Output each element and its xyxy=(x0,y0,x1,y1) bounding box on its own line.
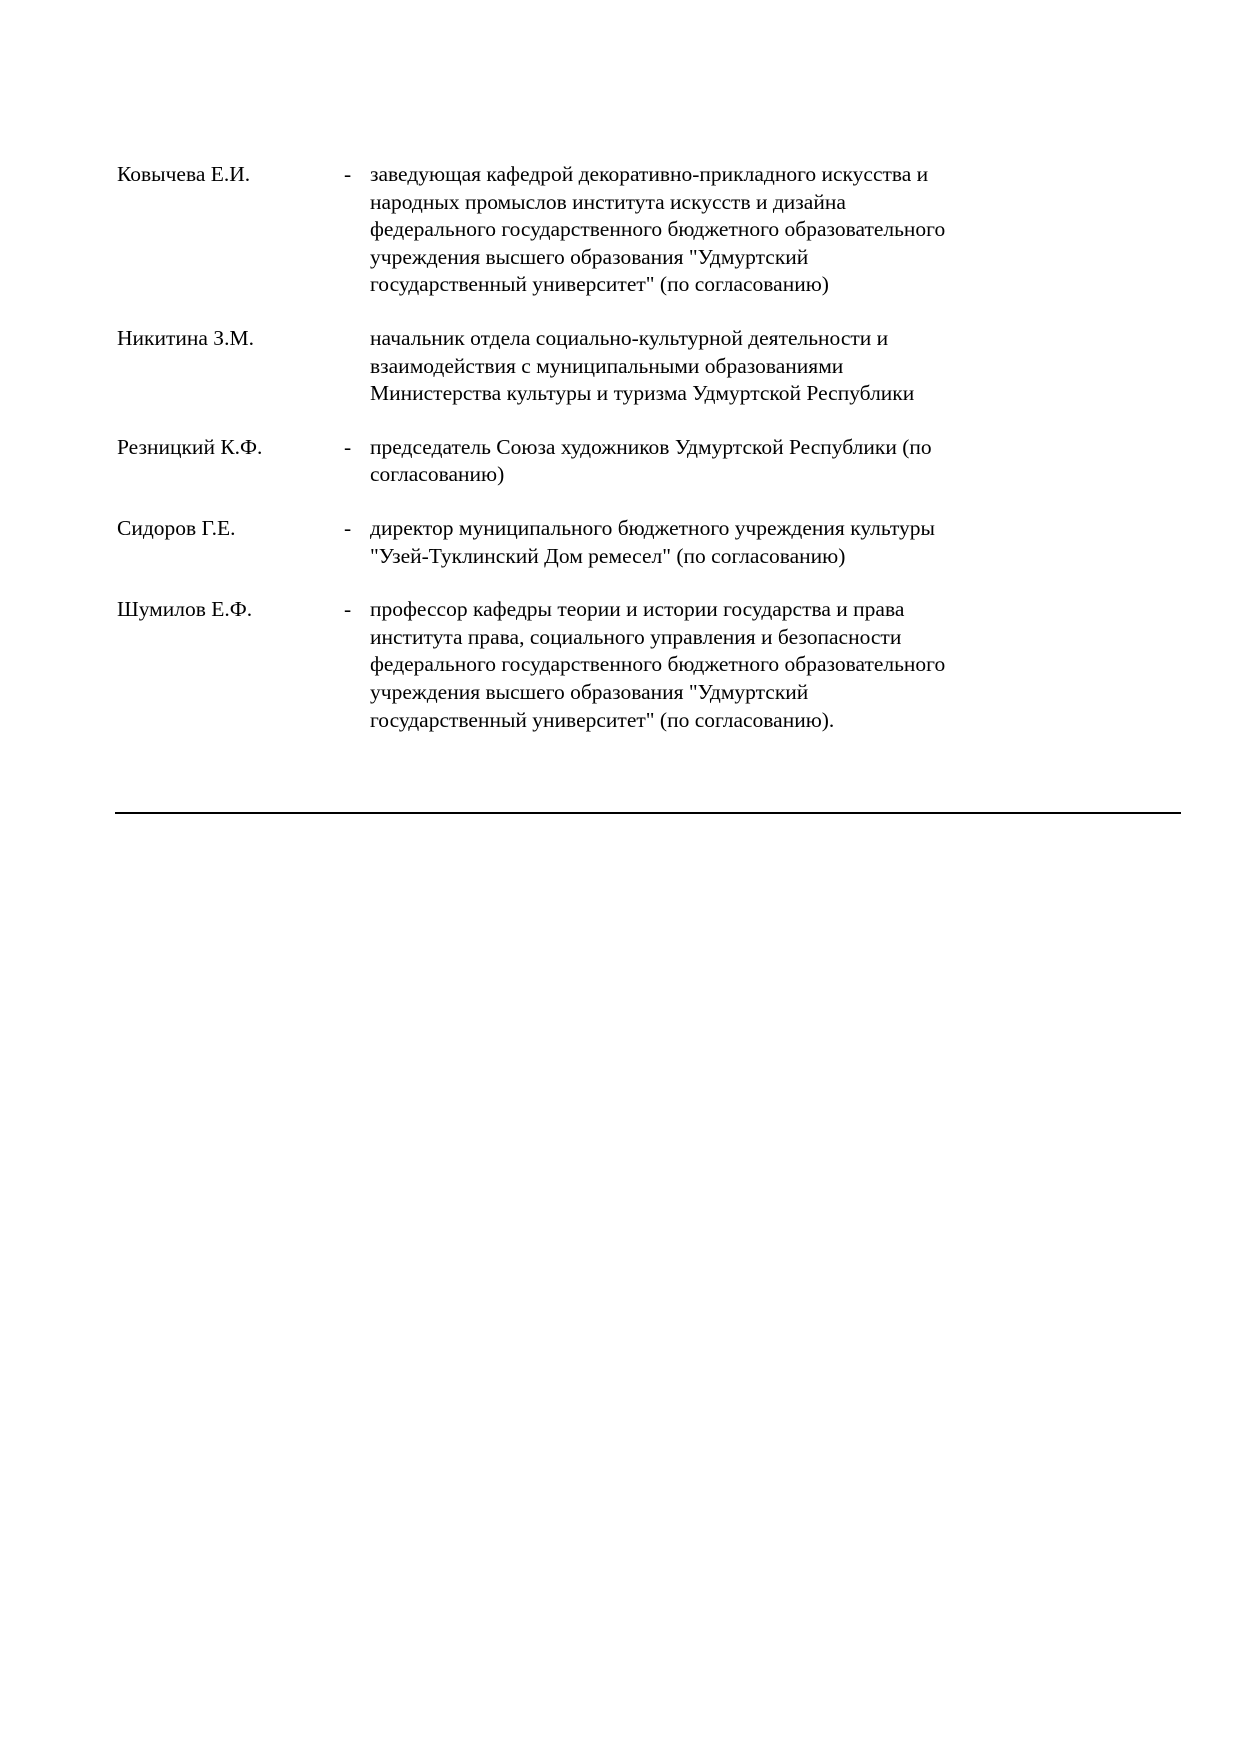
position-line: заведующая кафедрой декоративно-прикладн… xyxy=(370,161,1060,189)
position-line: государственный университет" (по согласо… xyxy=(370,271,1060,299)
member-name: Сидоров Г.Е. xyxy=(117,515,344,543)
member-name: Ковычева Е.И. xyxy=(117,161,344,189)
member-position: председатель Союза художников Удмуртской… xyxy=(370,434,1060,489)
member-name: Шумилов Е.Ф. xyxy=(117,596,344,624)
position-line: Министерства культуры и туризма Удмуртск… xyxy=(370,380,1060,408)
member-entry: Шумилов Е.Ф. - профессор кафедры теории … xyxy=(117,596,1117,734)
position-line: "Узей-Туклинский Дом ремесел" (по соглас… xyxy=(370,543,1060,571)
member-position: директор муниципального бюджетного учреж… xyxy=(370,515,1060,570)
document-page: Ковычева Е.И. - заведующая кафедрой деко… xyxy=(0,0,1240,1754)
member-name: Резницкий К.Ф. xyxy=(117,434,344,462)
horizontal-divider xyxy=(115,812,1181,814)
member-entry: Ковычева Е.И. - заведующая кафедрой деко… xyxy=(117,161,1117,299)
position-line: профессор кафедры теории и истории госуд… xyxy=(370,596,1060,624)
member-entry: Резницкий К.Ф. - председатель Союза худо… xyxy=(117,434,1117,489)
separator-dash: - xyxy=(344,515,370,543)
position-line: федерального государственного бюджетного… xyxy=(370,216,1060,244)
position-line: государственный университет" (по согласо… xyxy=(370,707,1060,735)
separator-dash: - xyxy=(344,161,370,189)
separator-dash: - xyxy=(344,596,370,624)
position-line: народных промыслов института искусств и … xyxy=(370,189,1060,217)
position-line: института права, социального управления … xyxy=(370,624,1060,652)
position-line: федерального государственного бюджетного… xyxy=(370,651,1060,679)
position-line: учреждения высшего образования "Удмуртск… xyxy=(370,679,1060,707)
position-line: учреждения высшего образования "Удмуртск… xyxy=(370,244,1060,272)
member-position: заведующая кафедрой декоративно-прикладн… xyxy=(370,161,1060,299)
member-entry: Сидоров Г.Е. - директор муниципального б… xyxy=(117,515,1117,570)
separator-dash: - xyxy=(344,434,370,462)
member-entry: Никитина З.М. начальник отдела социально… xyxy=(117,325,1117,408)
position-line: председатель Союза художников Удмуртской… xyxy=(370,434,1060,462)
member-position: начальник отдела социально-культурной де… xyxy=(370,325,1060,408)
position-line: согласованию) xyxy=(370,461,1060,489)
position-line: взаимодействия с муниципальными образова… xyxy=(370,353,1060,381)
position-line: директор муниципального бюджетного учреж… xyxy=(370,515,1060,543)
position-line: начальник отдела социально-культурной де… xyxy=(370,325,1060,353)
member-list: Ковычева Е.И. - заведующая кафедрой деко… xyxy=(117,161,1117,760)
member-name: Никитина З.М. xyxy=(117,325,344,353)
member-position: профессор кафедры теории и истории госуд… xyxy=(370,596,1060,734)
